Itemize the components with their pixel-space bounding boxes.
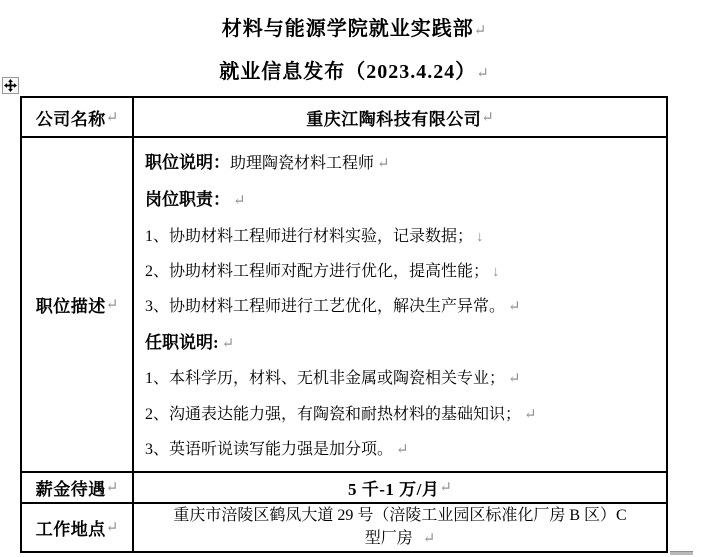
desc-line[interactable]: 1、协助材料工程师进行材料实验，记录数据；↓	[145, 223, 484, 246]
desc-text: 助理陶瓷材料工程师	[230, 155, 374, 172]
desc-section-header: 岗位职责：	[145, 190, 230, 209]
paragraph-mark-icon: ↵	[439, 478, 452, 497]
salary-value: 5 千-1 万/月	[348, 475, 439, 500]
paragraph-mark-icon: ↵	[106, 478, 119, 497]
company-name-value: 重庆江陶科技有限公司	[306, 105, 481, 130]
paragraph-mark-icon: ↵	[377, 156, 390, 172]
table-move-handle[interactable]	[2, 77, 19, 94]
work-location-value-cell[interactable]: 重庆市涪陵区鹤凤大道 29 号（涪陵工业园区标准化厂房 B 区）C 型厂房↵	[132, 502, 666, 551]
paragraph-mark-icon: ↵	[508, 371, 521, 387]
company-name-label: 公司名称	[36, 105, 106, 130]
page-subtitle[interactable]: 就业信息发布（2023.4.24）↵	[0, 55, 708, 84]
paragraph-mark-icon: ↵	[474, 23, 487, 39]
desc-line[interactable]: 岗位职责：↵	[145, 185, 246, 210]
company-name-label-cell[interactable]: 公司名称↵	[22, 98, 132, 136]
desc-text: 1、协助材料工程师进行材料实验，记录数据；	[145, 228, 473, 245]
table-resize-bar[interactable]	[670, 551, 693, 555]
desc-line[interactable]: 职位说明：助理陶瓷材料工程师↵	[145, 148, 390, 173]
paragraph-mark-icon: ↵	[524, 407, 537, 423]
desc-text: 2、沟通表达能力强，有陶瓷和耐热材料的基础知识；	[145, 406, 521, 423]
desc-text: 1、本科学历，材料、无机非金属或陶瓷相关专业；	[145, 370, 505, 387]
paragraph-mark-icon: ↵	[222, 336, 235, 352]
salary-value-cell[interactable]: 5 千-1 万/月↵	[132, 471, 666, 502]
desc-section-header: 职位说明：	[145, 153, 230, 172]
job-info-table: 公司名称↵ 重庆江陶科技有限公司↵ 职位描述↵ 职位说明：助理陶瓷材料工程师↵ …	[20, 96, 668, 553]
paragraph-mark-icon: ↵	[481, 108, 494, 127]
paragraph-mark-icon: ↵	[106, 295, 119, 314]
desc-line[interactable]: 3、英语听说读写能力强是加分项。↵	[145, 436, 409, 459]
desc-section-header: 任职说明:	[145, 333, 219, 352]
job-description-label-cell[interactable]: 职位描述↵	[22, 136, 132, 471]
paragraph-mark-icon: ↵	[106, 518, 119, 537]
desc-text: 3、协助材料工程师进行工艺优化，解决生产异常。	[145, 298, 505, 315]
job-description-value-cell[interactable]: 职位说明：助理陶瓷材料工程师↵ 岗位职责：↵ 1、协助材料工程师进行材料实验，记…	[132, 136, 666, 471]
page-title[interactable]: 材料与能源学院就业实践部↵	[0, 12, 708, 41]
work-location-line2-text: 型厂房	[365, 530, 413, 547]
paragraph-mark-icon: ↵	[423, 531, 436, 547]
desc-line[interactable]: 1、本科学历，材料、无机非金属或陶瓷相关专业；↵	[145, 365, 521, 388]
move-arrows-icon	[4, 79, 17, 92]
paragraph-mark-icon: ↵	[508, 299, 521, 315]
line-break-mark-icon: ↓	[476, 229, 484, 245]
paragraph-mark-icon: ↵	[396, 442, 409, 458]
salary-label-cell[interactable]: 薪金待遇↵	[22, 471, 132, 502]
company-name-value-cell[interactable]: 重庆江陶科技有限公司↵	[132, 98, 666, 136]
desc-text: 2、协助材料工程师对配方进行优化，提高性能；	[145, 263, 489, 280]
line-break-mark-icon: ↓	[492, 264, 500, 280]
paragraph-mark-icon: ↵	[476, 66, 489, 82]
page-subtitle-text: 就业信息发布（2023.4.24）	[219, 61, 476, 83]
word-document-page: { "titles": { "line1": "材料与能源学院就业实践部", "…	[0, 0, 723, 557]
job-description-label: 职位描述	[36, 292, 106, 317]
paragraph-mark-icon: ↵	[106, 108, 119, 127]
work-location-line1: 重庆市涪陵区鹤凤大道 29 号（涪陵工业园区标准化厂房 B 区）C	[173, 504, 626, 527]
paragraph-mark-icon: ↵	[233, 193, 246, 209]
desc-line[interactable]: 2、沟通表达能力强，有陶瓷和耐热材料的基础知识；↵	[145, 401, 537, 424]
desc-text: 3、英语听说读写能力强是加分项。	[145, 441, 393, 458]
desc-line[interactable]: 2、协助材料工程师对配方进行优化，提高性能；↓	[145, 258, 500, 281]
salary-label: 薪金待遇	[36, 475, 106, 500]
work-location-line2: 型厂房↵	[365, 527, 436, 551]
desc-line[interactable]: 3、协助材料工程师进行工艺优化，解决生产异常。↵	[145, 293, 521, 316]
desc-line[interactable]: 任职说明:↵	[145, 328, 234, 353]
page-title-text: 材料与能源学院就业实践部	[222, 18, 474, 40]
work-location-label: 工作地点	[36, 515, 106, 540]
work-location-label-cell[interactable]: 工作地点↵	[22, 502, 132, 551]
